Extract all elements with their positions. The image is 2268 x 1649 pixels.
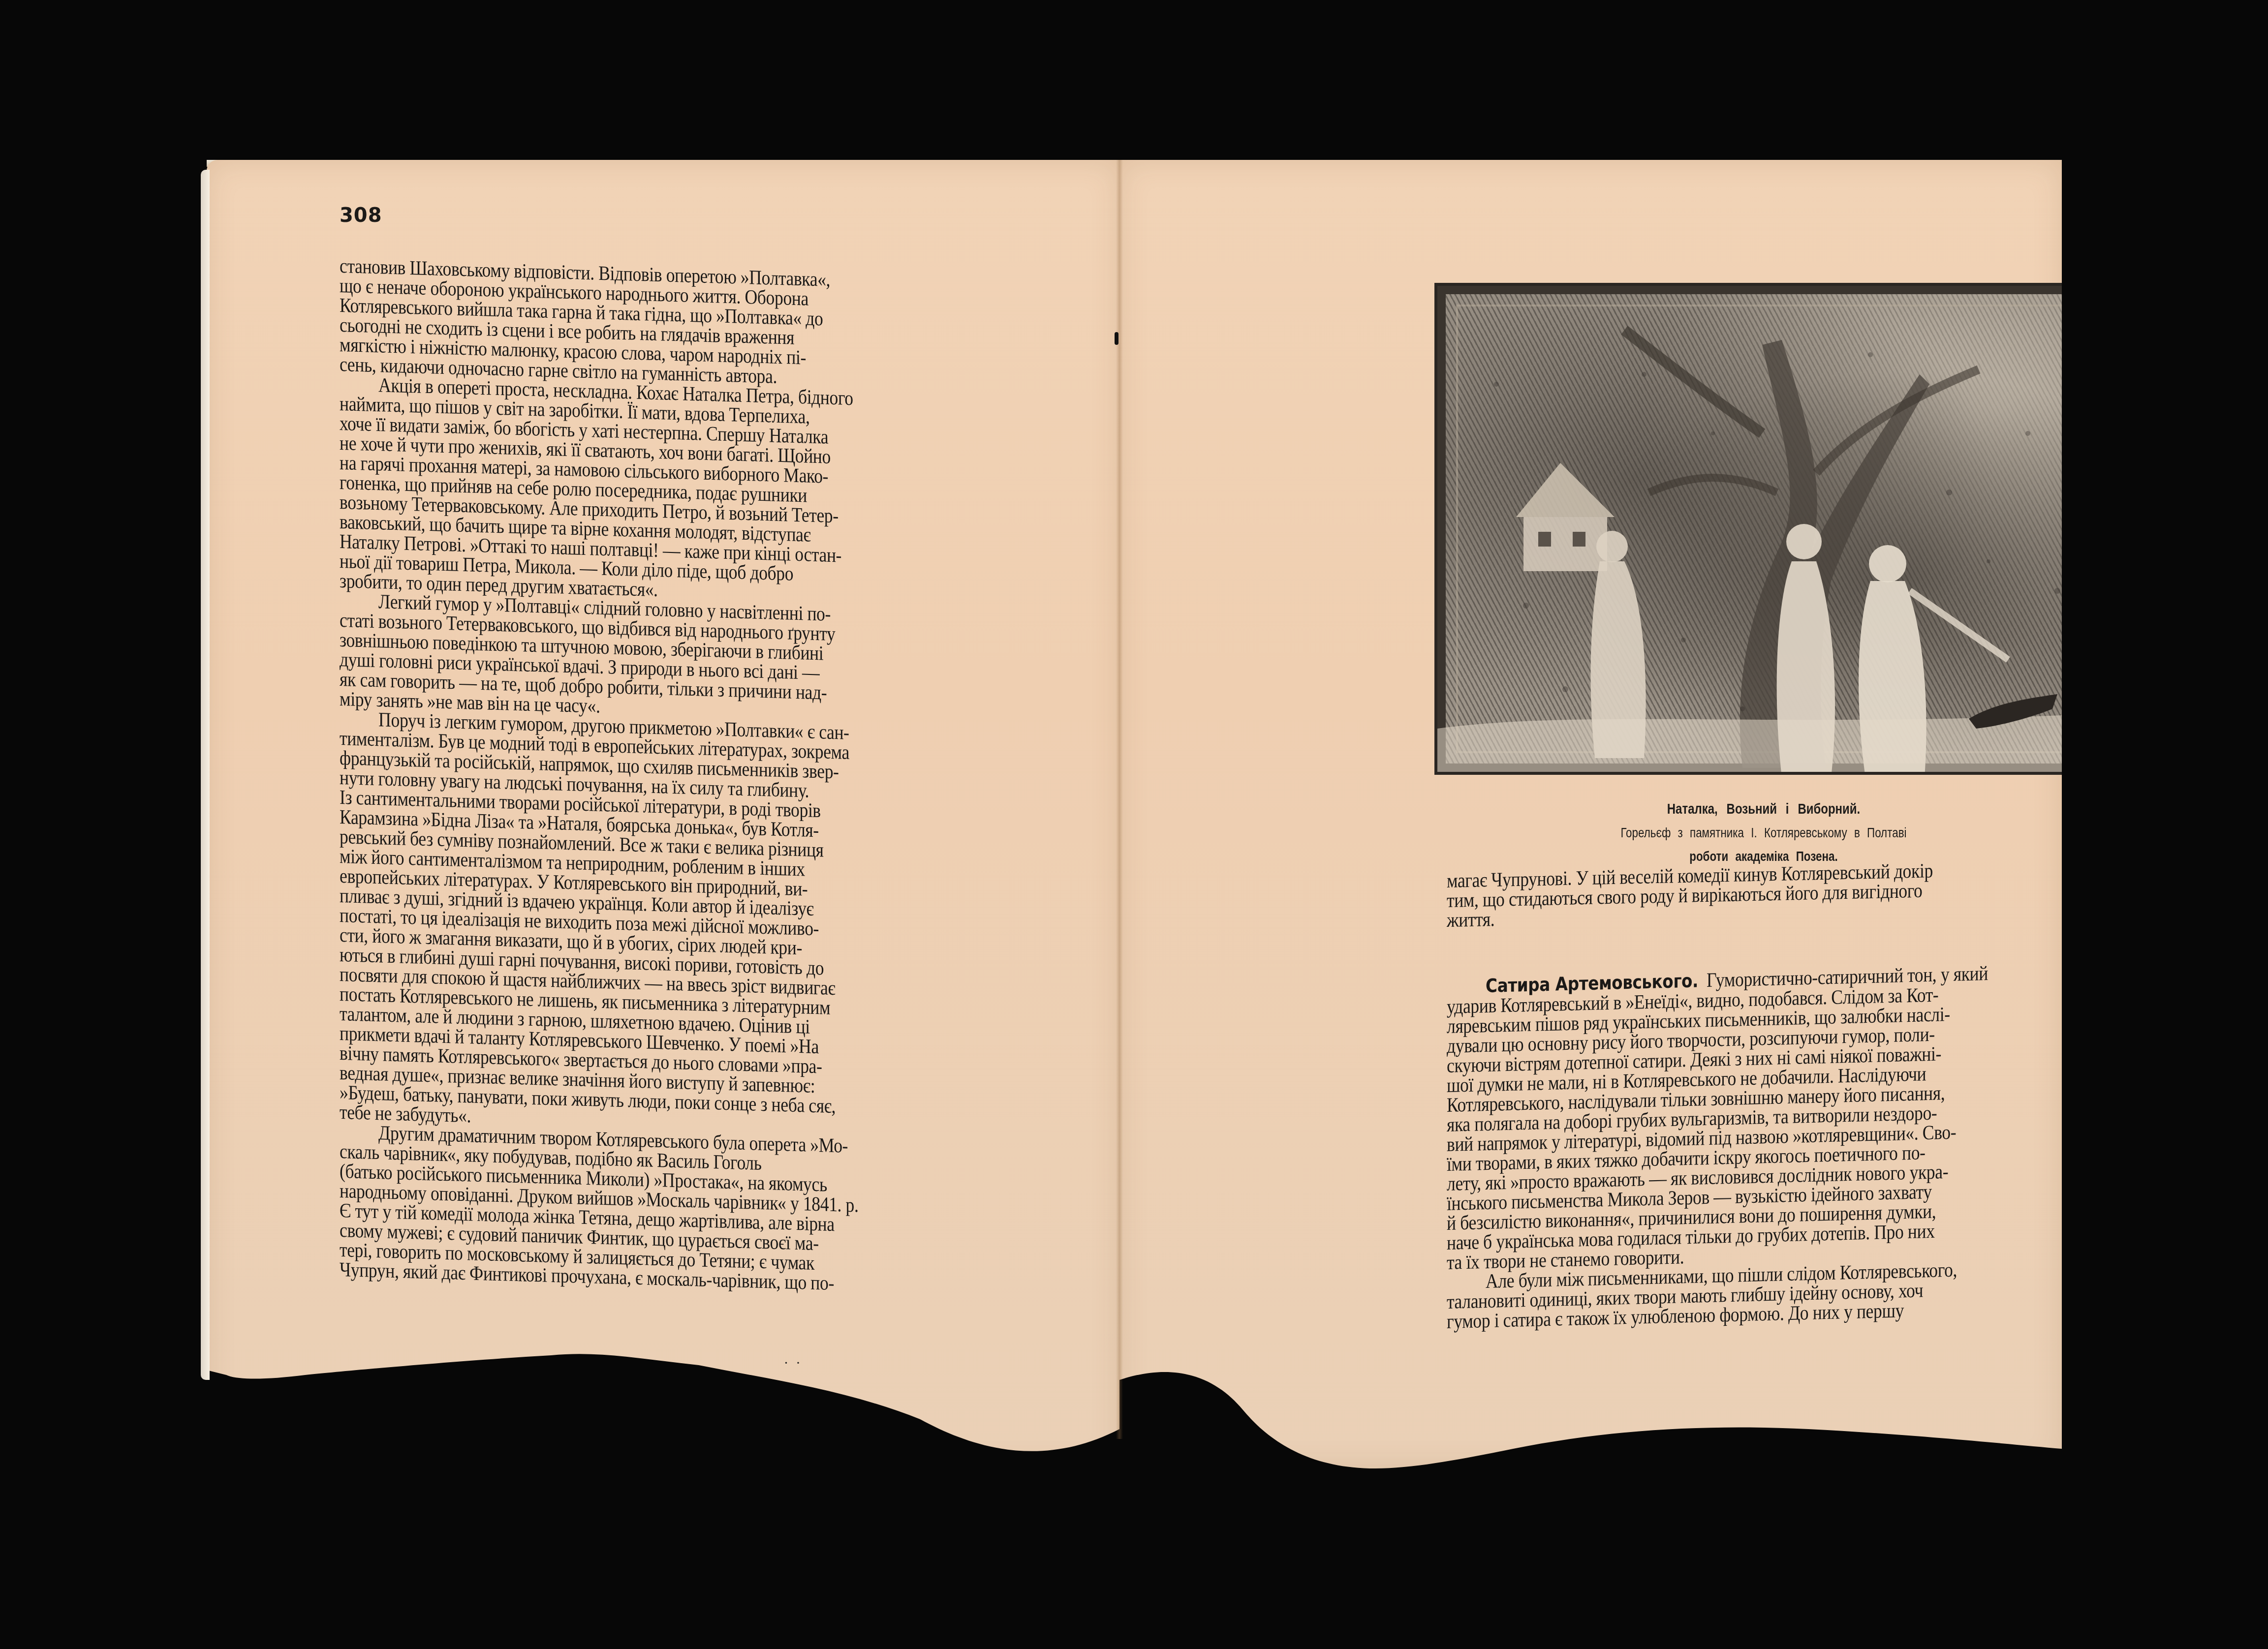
page-number-right: 309 <box>2062 226 2105 249</box>
binding-staple-hole <box>1115 332 1118 345</box>
left-page-body-text: становив Шаховському відповісти. Відпові… <box>340 256 1004 1298</box>
left-page: 308 становив Шаховському відповісти. Від… <box>207 160 1119 1468</box>
section-satire-artemovsky: Сатира Артемовського. Гумористично-сатир… <box>1447 960 2107 1331</box>
book-spread: 308 становив Шаховському відповісти. Від… <box>207 160 2062 1468</box>
page-stack-edge <box>201 170 210 1380</box>
relief-image-icon <box>1437 286 2096 772</box>
right-page-continuation-text: магає Чупрунові. У цій веселій комедії к… <box>1447 857 2107 930</box>
book-gutter <box>1116 160 1123 1439</box>
signature-marks: ˙ ˙ <box>782 1360 802 1377</box>
page-number-left: 308 <box>340 204 382 227</box>
illustration-caption-line-2: Горельєф з памятника І. Котляревському в… <box>1500 825 2027 841</box>
relief-illustration <box>1434 283 2099 775</box>
illustration-caption-title: Наталка, Возьний і Виборний. <box>1500 801 2027 818</box>
right-page: 309 <box>1119 160 2062 1468</box>
